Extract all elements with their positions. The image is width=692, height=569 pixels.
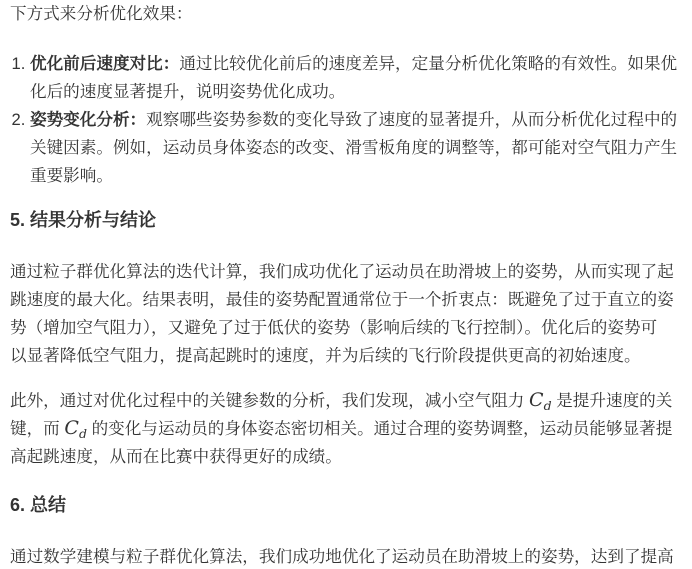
keypoint-text-3: 的变化与运动员的身体姿态密切相关。通过合理的姿势调整，运动员能够显著提 高起跳速… (10, 419, 672, 466)
results-paragraph: 通过粒子群优化算法的迭代计算，我们成功优化了运动员在助滑坡上的姿势，从而实现了起… (10, 258, 688, 370)
math-subscript: d (544, 398, 552, 413)
keypoint-text-1: 此外，通过对优化过程中的关键参数的分析，我们发现，减小空气阻力 (10, 391, 529, 410)
keypoint-paragraph: 此外，通过对优化过程中的关键参数的分析，我们发现，减小空气阻力 Cd 是提升速度… (10, 387, 688, 471)
drag-coefficient-math: Cd (529, 389, 552, 411)
drag-coefficient-math: Cd (64, 417, 87, 439)
math-base: C (64, 417, 79, 439)
list-item-speed-comparison: 优化前后速度对比：通过比较优化前后的速度差异，定量分析优化策略的有效性。如果优 … (30, 50, 688, 106)
analysis-method-list: 优化前后速度对比：通过比较优化前后的速度差异，定量分析优化策略的有效性。如果优 … (10, 50, 688, 190)
document-body: 下方式来分析优化效果： 优化前后速度对比：通过比较优化前后的速度差异，定量分析优… (0, 0, 692, 569)
math-subscript: d (79, 426, 87, 441)
section-heading-summary: 6. 总结 (10, 491, 688, 519)
list-item-term: 姿势变化分析： (30, 110, 146, 129)
section-heading-results: 5. 结果分析与结论 (10, 206, 688, 234)
list-item-posture-change: 姿势变化分析：观察哪些姿势参数的变化导致了速度的显著提升，从而分析优化过程中的 … (30, 106, 688, 190)
math-base: C (529, 389, 544, 411)
intro-paragraph: 下方式来分析优化效果： (10, 0, 688, 28)
list-item-term: 优化前后速度对比： (30, 54, 179, 73)
final-paragraph: 通过数学建模与粒子群优化算法，我们成功地优化了运动员在助滑坡上的姿势，达到了提高 (10, 543, 688, 569)
